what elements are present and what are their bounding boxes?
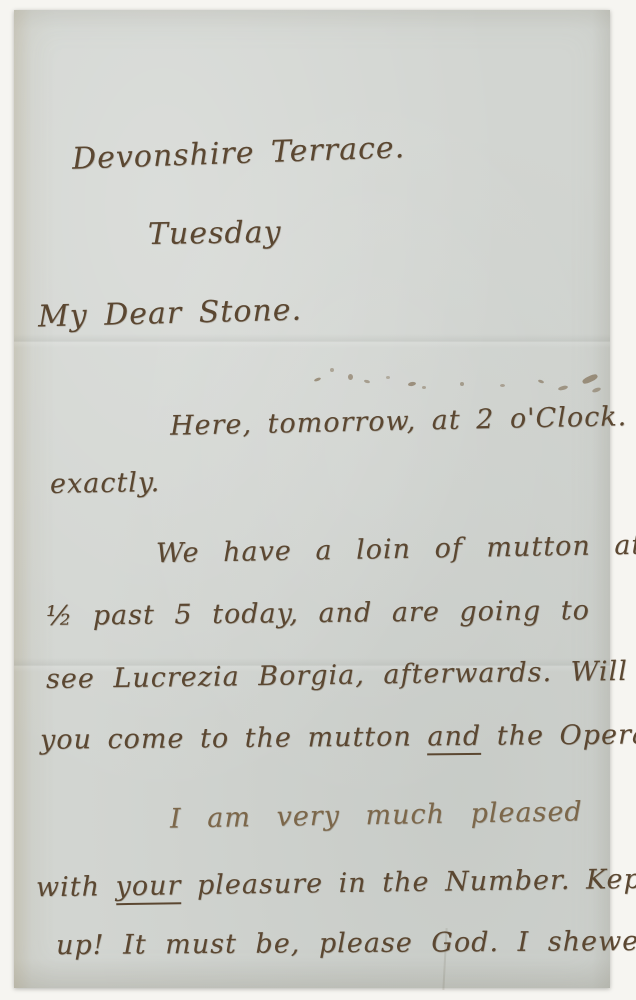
letter-page: Devonshire Terrace. Tuesday My Dear Ston… — [14, 10, 610, 988]
body-text-pre: with — [36, 871, 116, 903]
ink-blot — [330, 368, 334, 372]
body-line-1: Here, tomorrow, at 2 o'Clock. — [170, 401, 628, 442]
body-line-8: with your pleasure in the Number. Kept — [36, 864, 636, 904]
body-text: I am very much pleased — [170, 796, 583, 834]
paper-fold-line — [14, 334, 610, 348]
address-line: Devonshire Terrace. — [71, 130, 405, 177]
address-text: Devonshire Terrace. — [71, 130, 405, 177]
scan-background: Devonshire Terrace. Tuesday My Dear Ston… — [0, 0, 636, 1000]
body-line-4: ½ past 5 today, and are going to — [46, 595, 590, 632]
body-line-2: exactly. — [50, 467, 161, 500]
ink-blot — [500, 384, 505, 387]
date-line: Tuesday — [148, 215, 282, 252]
body-text: Here, tomorrow, at 2 o'Clock. — [170, 401, 628, 442]
body-text-post: pleasure in the Number. Kept — [181, 864, 636, 902]
body-text: exactly. — [50, 467, 161, 500]
ink-smudge — [581, 373, 598, 385]
ink-blot — [386, 376, 390, 379]
ink-blot — [348, 374, 353, 380]
ink-blot — [408, 381, 417, 386]
body-text-pre: you come to the mutton — [40, 721, 428, 755]
body-line-7: I am very much pleased — [170, 796, 583, 834]
body-line-5: see Lucrezia Borgia, afterwards. Will — [46, 656, 628, 695]
ink-blot — [364, 379, 371, 383]
ink-blot — [592, 387, 602, 394]
body-text: We have a loin of mutton at — [156, 530, 636, 569]
date-text: Tuesday — [148, 215, 282, 252]
body-text: ½ past 5 today, and are going to — [46, 595, 590, 632]
body-line-6: you come to the mutton and the Opera? — [40, 719, 636, 755]
body-line-3: We have a loin of mutton at — [156, 530, 636, 569]
body-text-post: the Opera? — [481, 719, 636, 752]
ink-blot — [422, 386, 426, 389]
ink-blot — [460, 382, 464, 386]
ink-blot — [314, 377, 322, 382]
salutation-line: My Dear Stone. — [38, 293, 303, 335]
salutation-text: My Dear Stone. — [38, 293, 303, 335]
underlined-word: and — [427, 721, 481, 755]
ink-blot — [558, 385, 569, 391]
body-line-9: up! It must be, please God. I shewed — [56, 926, 636, 961]
ink-blot — [538, 379, 545, 384]
body-text: up! It must be, please God. I shewed — [56, 926, 636, 961]
body-text: see Lucrezia Borgia, afterwards. Will — [46, 656, 628, 695]
underlined-word: your — [115, 870, 181, 905]
